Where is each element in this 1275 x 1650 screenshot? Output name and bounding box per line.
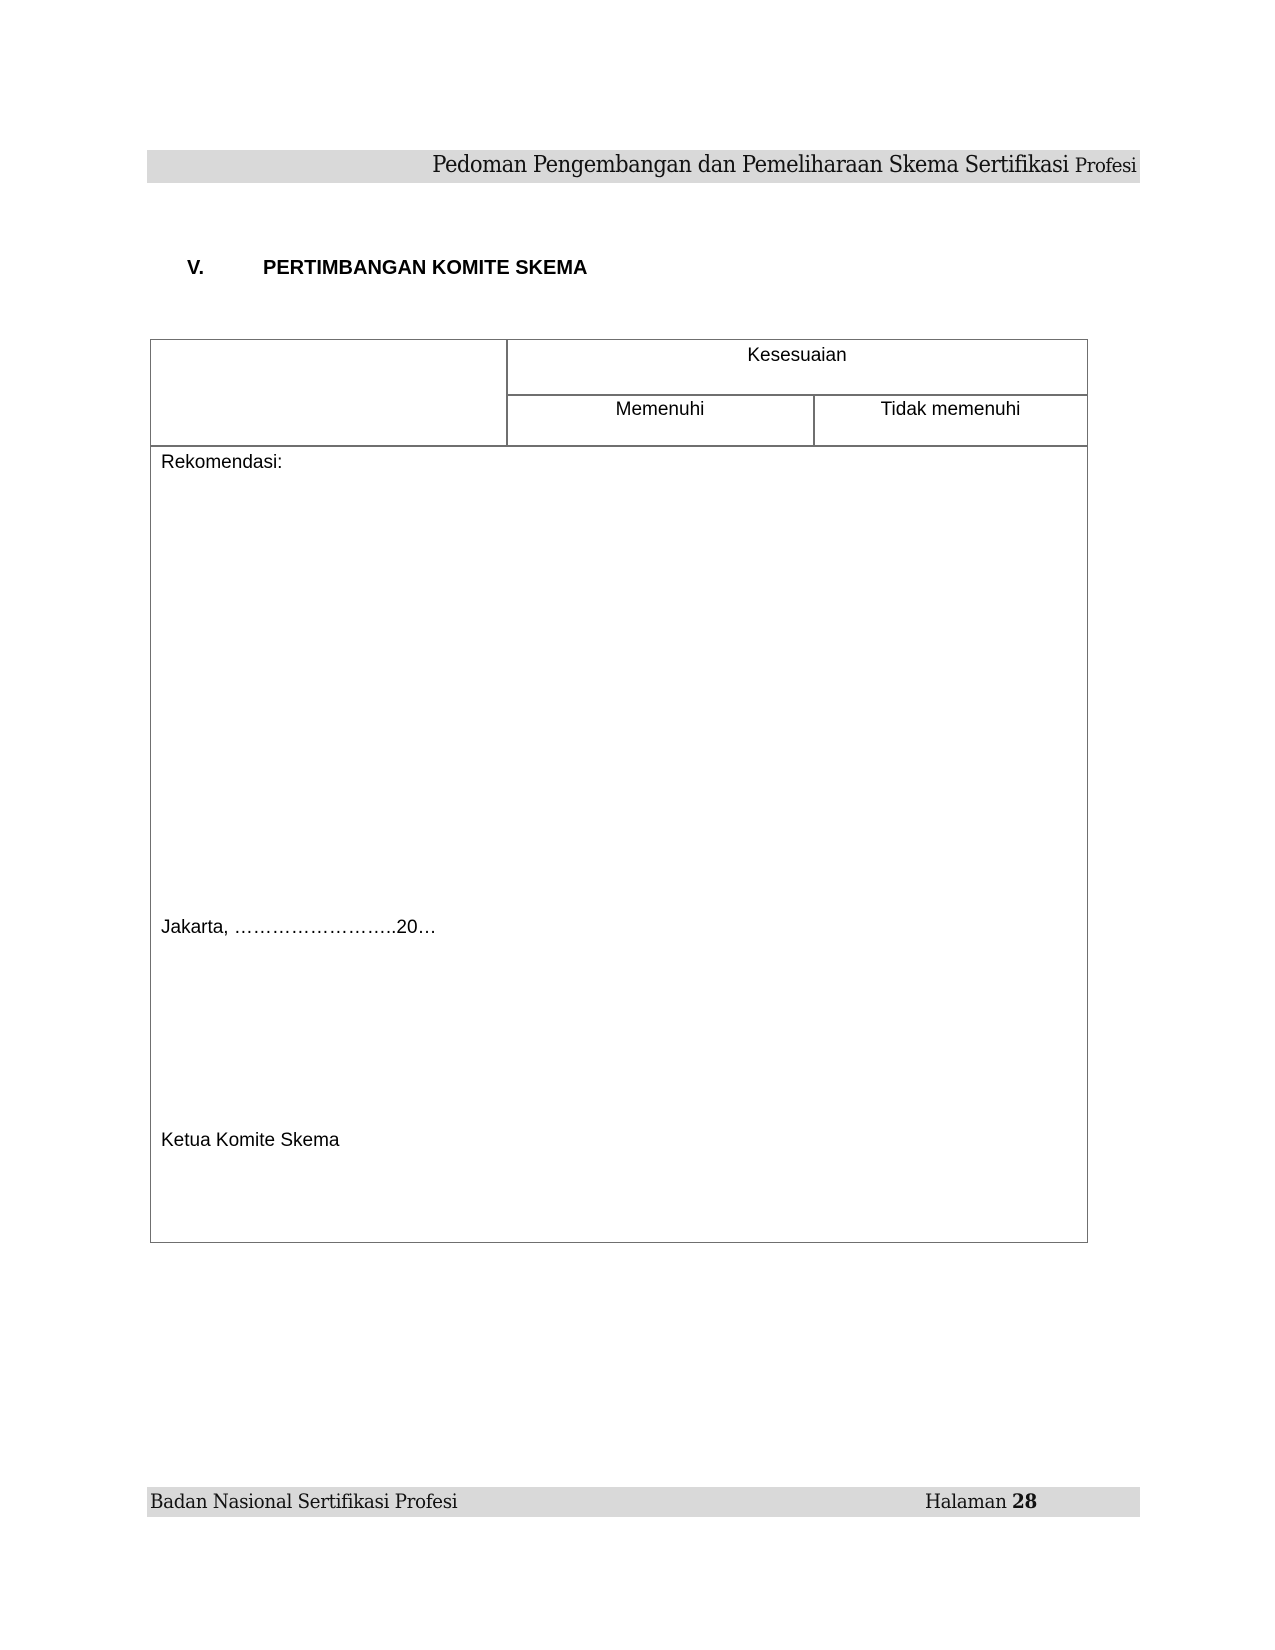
- signatory-label: Ketua Komite Skema: [161, 1130, 339, 1152]
- section-heading: V.PERTIMBANGAN KOMITE SKEMA: [187, 257, 587, 280]
- recommendation-label: Rekomendasi:: [161, 452, 282, 474]
- document-title-main: Pedoman Pengembangan dan Pemeliharaan Sk…: [432, 152, 1068, 178]
- document-title: Pedoman Pengembangan dan Pemeliharaan Sk…: [432, 152, 1136, 178]
- page-number: 28: [1012, 1489, 1037, 1513]
- tidak-memenuhi-header: Tidak memenuhi: [814, 399, 1087, 421]
- footer-page-indicator: Halaman 28: [925, 1489, 1037, 1513]
- place-date-line: Jakarta, ……………………..20…: [161, 917, 437, 939]
- group-header-divider: [506, 394, 1088, 396]
- header-bottom-divider: [151, 445, 1088, 447]
- footer-organization: Badan Nasional Sertifikasi Profesi: [150, 1489, 457, 1513]
- committee-review-table: Kesesuaian Memenuhi Tidak memenuhi Rekom…: [150, 339, 1088, 1243]
- memenuhi-header: Memenuhi: [507, 399, 813, 421]
- kesesuaian-header: Kesesuaian: [507, 345, 1087, 367]
- page-footer: Badan Nasional Sertifikasi Profesi Halam…: [147, 1487, 1140, 1517]
- section-number: V.: [187, 257, 263, 280]
- page-header: Pedoman Pengembangan dan Pemeliharaan Sk…: [147, 150, 1140, 183]
- section-title: PERTIMBANGAN KOMITE SKEMA: [263, 257, 587, 279]
- document-title-tail: Profesi: [1075, 153, 1136, 177]
- page-label: Halaman: [925, 1489, 1007, 1513]
